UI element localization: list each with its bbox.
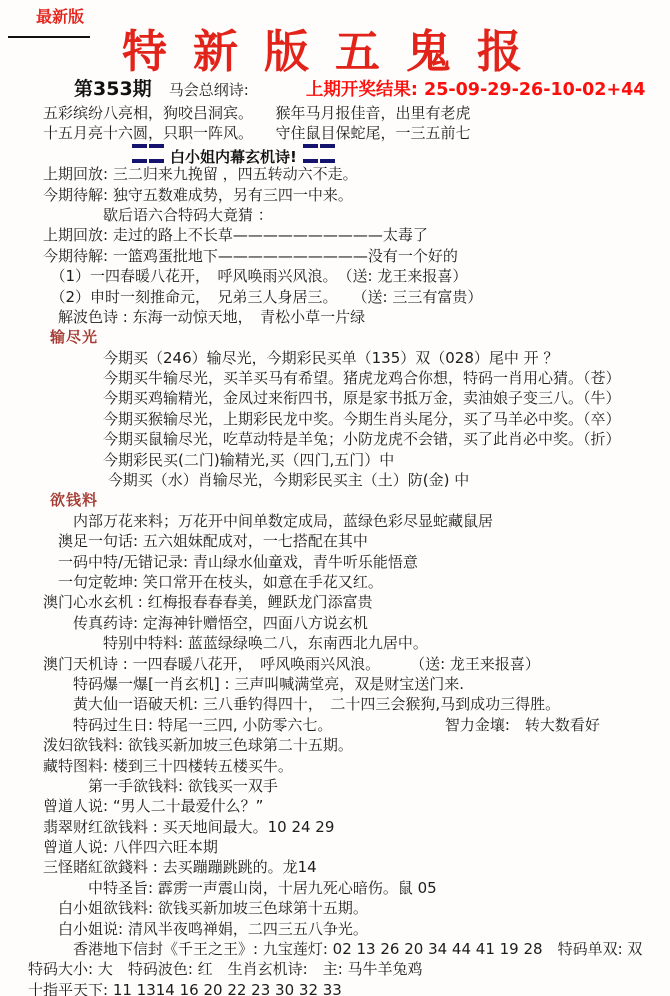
text-line: 今期买猴输尽光，上期彩民龙中奖。今期生肖头尾分，买了马羊必中奖。（卒） xyxy=(28,409,664,429)
text-line: 上期回放: 走过的路上不长草——————————太毒了 xyxy=(28,225,664,245)
text-line: 曾道人说: “男人二十最爱什么？” xyxy=(28,796,664,816)
text-line: 十指平天下: 11 1314 16 20 22 23 30 32 33 xyxy=(28,980,664,996)
text-line: 今期待解: 独守五数难成势，另有三四一中来。 xyxy=(28,185,664,205)
body-lines: 五彩缤纷八亮相，狗咬吕洞宾。 猴年马月报佳音，出里有老虎 十五月亮十六圆，只职一… xyxy=(0,101,670,996)
text-line: 今期买鸡输精光，金凤过来衔四书，原是家书抵万金，卖油娘子变三八。（牛） xyxy=(28,388,664,408)
text-line: 一句定乾坤: 笑口常开在枝头，如意在手花又红。 xyxy=(28,572,664,592)
text-line: 泼妇欲钱料: 欲钱买新加坡三色球第二十五期。 xyxy=(28,735,664,755)
text-line: 五彩缤纷八亮相，狗咬吕洞宾。 猴年马月报佳音，出里有老虎 xyxy=(28,103,664,123)
text-line: 黄大仙一语破天机: 三八垂钓得四十， 二十四三会猴狗,马到成功三得胜。 xyxy=(28,694,664,714)
text-line: 澳足一句话: 五六姐妹配成对，一七搭配在其中 xyxy=(28,531,664,551)
text-line: 今期买牛输尽光，买羊买马有希望。猪虎龙鸡合你想，特码一肖用心猜。（苍） xyxy=(28,368,664,388)
text-line: 十五月亮十六圆，只职一阵风。 守住鼠目保蛇尾，一三五前七 xyxy=(28,123,664,143)
badge-underline xyxy=(8,36,90,38)
banner-text: 白小姐内幕玄机诗! xyxy=(170,148,297,164)
text-line: 一码中特/无错记录: 青山绿水仙童戏，青牛听乐能悟意 xyxy=(28,552,664,572)
page: 最新版 特新版五鬼报 第353期 马会总纲诗: 上期开奖结果: 25-09-29… xyxy=(0,0,670,996)
issue-row: 第353期 马会总纲诗: 上期开奖结果: 25-09-29-26-10-02+4… xyxy=(74,78,670,101)
text-line: 特码大小: 大 特码波色: 红 生肖玄机诗: 主: 马牛羊兔鸡 xyxy=(28,959,664,979)
double-bar-icon xyxy=(132,144,166,164)
text-line: 特别中特料: 蓝蓝绿绿唤二八，东南西北九居中。 xyxy=(28,633,664,653)
text-line: 今期彩民买(二门)输精光,买（四门,五门）中 xyxy=(28,450,664,470)
text-line: （2）申时一刻推命元， 兄弟三人身居三。 （送: 三三有富贵） xyxy=(28,287,664,307)
text-line: 今期买（水）肖输尽光，今期彩民买主（土）防(金) 中 xyxy=(28,470,664,490)
banner-line: 白小姐内幕玄机诗! xyxy=(28,144,664,164)
section-header: 欲钱料 xyxy=(50,490,664,510)
issue-caption: 马会总纲诗: xyxy=(169,81,249,99)
text-line: 今期待解: 一篮鸡蛋批地下——————————没有一个好的 xyxy=(28,246,664,266)
section-header: 输尽光 xyxy=(50,327,664,347)
text-line: 特码过生日: 特尾一三四, 小防零六七。 智力金壤: 转大数看好 xyxy=(28,715,664,735)
text-line: 藏特图料: 楼到三十四楼转五楼买牛。 xyxy=(28,756,664,776)
text-line: 上期回放: 三二归来九挽留 ，四五转动六不走。 xyxy=(28,164,664,184)
issue-number: 第353期 xyxy=(74,78,152,100)
text-line: 白小姐说: 清风半夜鸣禅娟，二四三五八争光。 xyxy=(28,919,664,939)
text-line: 特码爆一爆[一肖玄机] : 三声叫喊满堂亮，双是财宝送门来. xyxy=(28,674,664,694)
text-line: 香港地下信封《千王之王》: 九宝莲灯: 02 13 26 20 34 44 41… xyxy=(28,939,664,959)
page-title: 特新版五鬼报 xyxy=(0,28,670,76)
text-line: 第一手欲钱料: 欲钱买一双手 xyxy=(28,776,664,796)
last-draw-result: 上期开奖结果: 25-09-29-26-10-02+44 xyxy=(306,80,646,100)
text-line: 中特圣旨: 霹雳一声震山岗，十居九死心暗伤。鼠 05 xyxy=(28,878,664,898)
text-line: 今期买（246）输尽光，今期彩民买单（135）双（028）尾中 开 ？ xyxy=(28,348,664,368)
edition-badge: 最新版 xyxy=(36,8,670,26)
text-line: 今期买鼠输尽光，吃草动特是羊兔；小防龙虎不会错，买了此肖必中奖。（折） xyxy=(28,429,664,449)
text-line: 翡翠财红欲钱料 : 买天地间最大。10 24 29 xyxy=(28,817,664,837)
text-line: 解波色诗 : 东海一动惊天地， 青松小草一片绿 xyxy=(28,307,664,327)
text-line: 澳门心水玄机 : 红梅报春春春美，鲤跃龙门添富贵 xyxy=(28,592,664,612)
text-line: 传真药诗: 定海神针赠悟空，四面八方说玄机 xyxy=(28,613,664,633)
text-line: 内部万花来料；万花开中间单数定成局，蓝绿色彩尽显蛇藏鼠居 xyxy=(28,511,664,531)
text-line: 曾道人说: 八伴四六旺本期 xyxy=(28,837,664,857)
double-bar-icon xyxy=(303,144,337,164)
text-line: 澳门天机诗 : 一四春暖八花开， 呼风唤雨兴风浪。 （送: 龙王来报喜） xyxy=(28,654,664,674)
text-line: （1）一四春暖八花开， 呼风唤雨兴风浪。 （送: 龙王来报喜） xyxy=(28,266,664,286)
text-line: 白小姐欲钱料: 欲钱买新加坡三色球第十五期。 xyxy=(28,898,664,918)
text-line: 歇后语六合特码大竟猜 ： xyxy=(28,205,664,225)
text-line: 三怪賭紅欲錢料 : 去买蹦蹦跳跳的。龙14 xyxy=(28,857,664,877)
